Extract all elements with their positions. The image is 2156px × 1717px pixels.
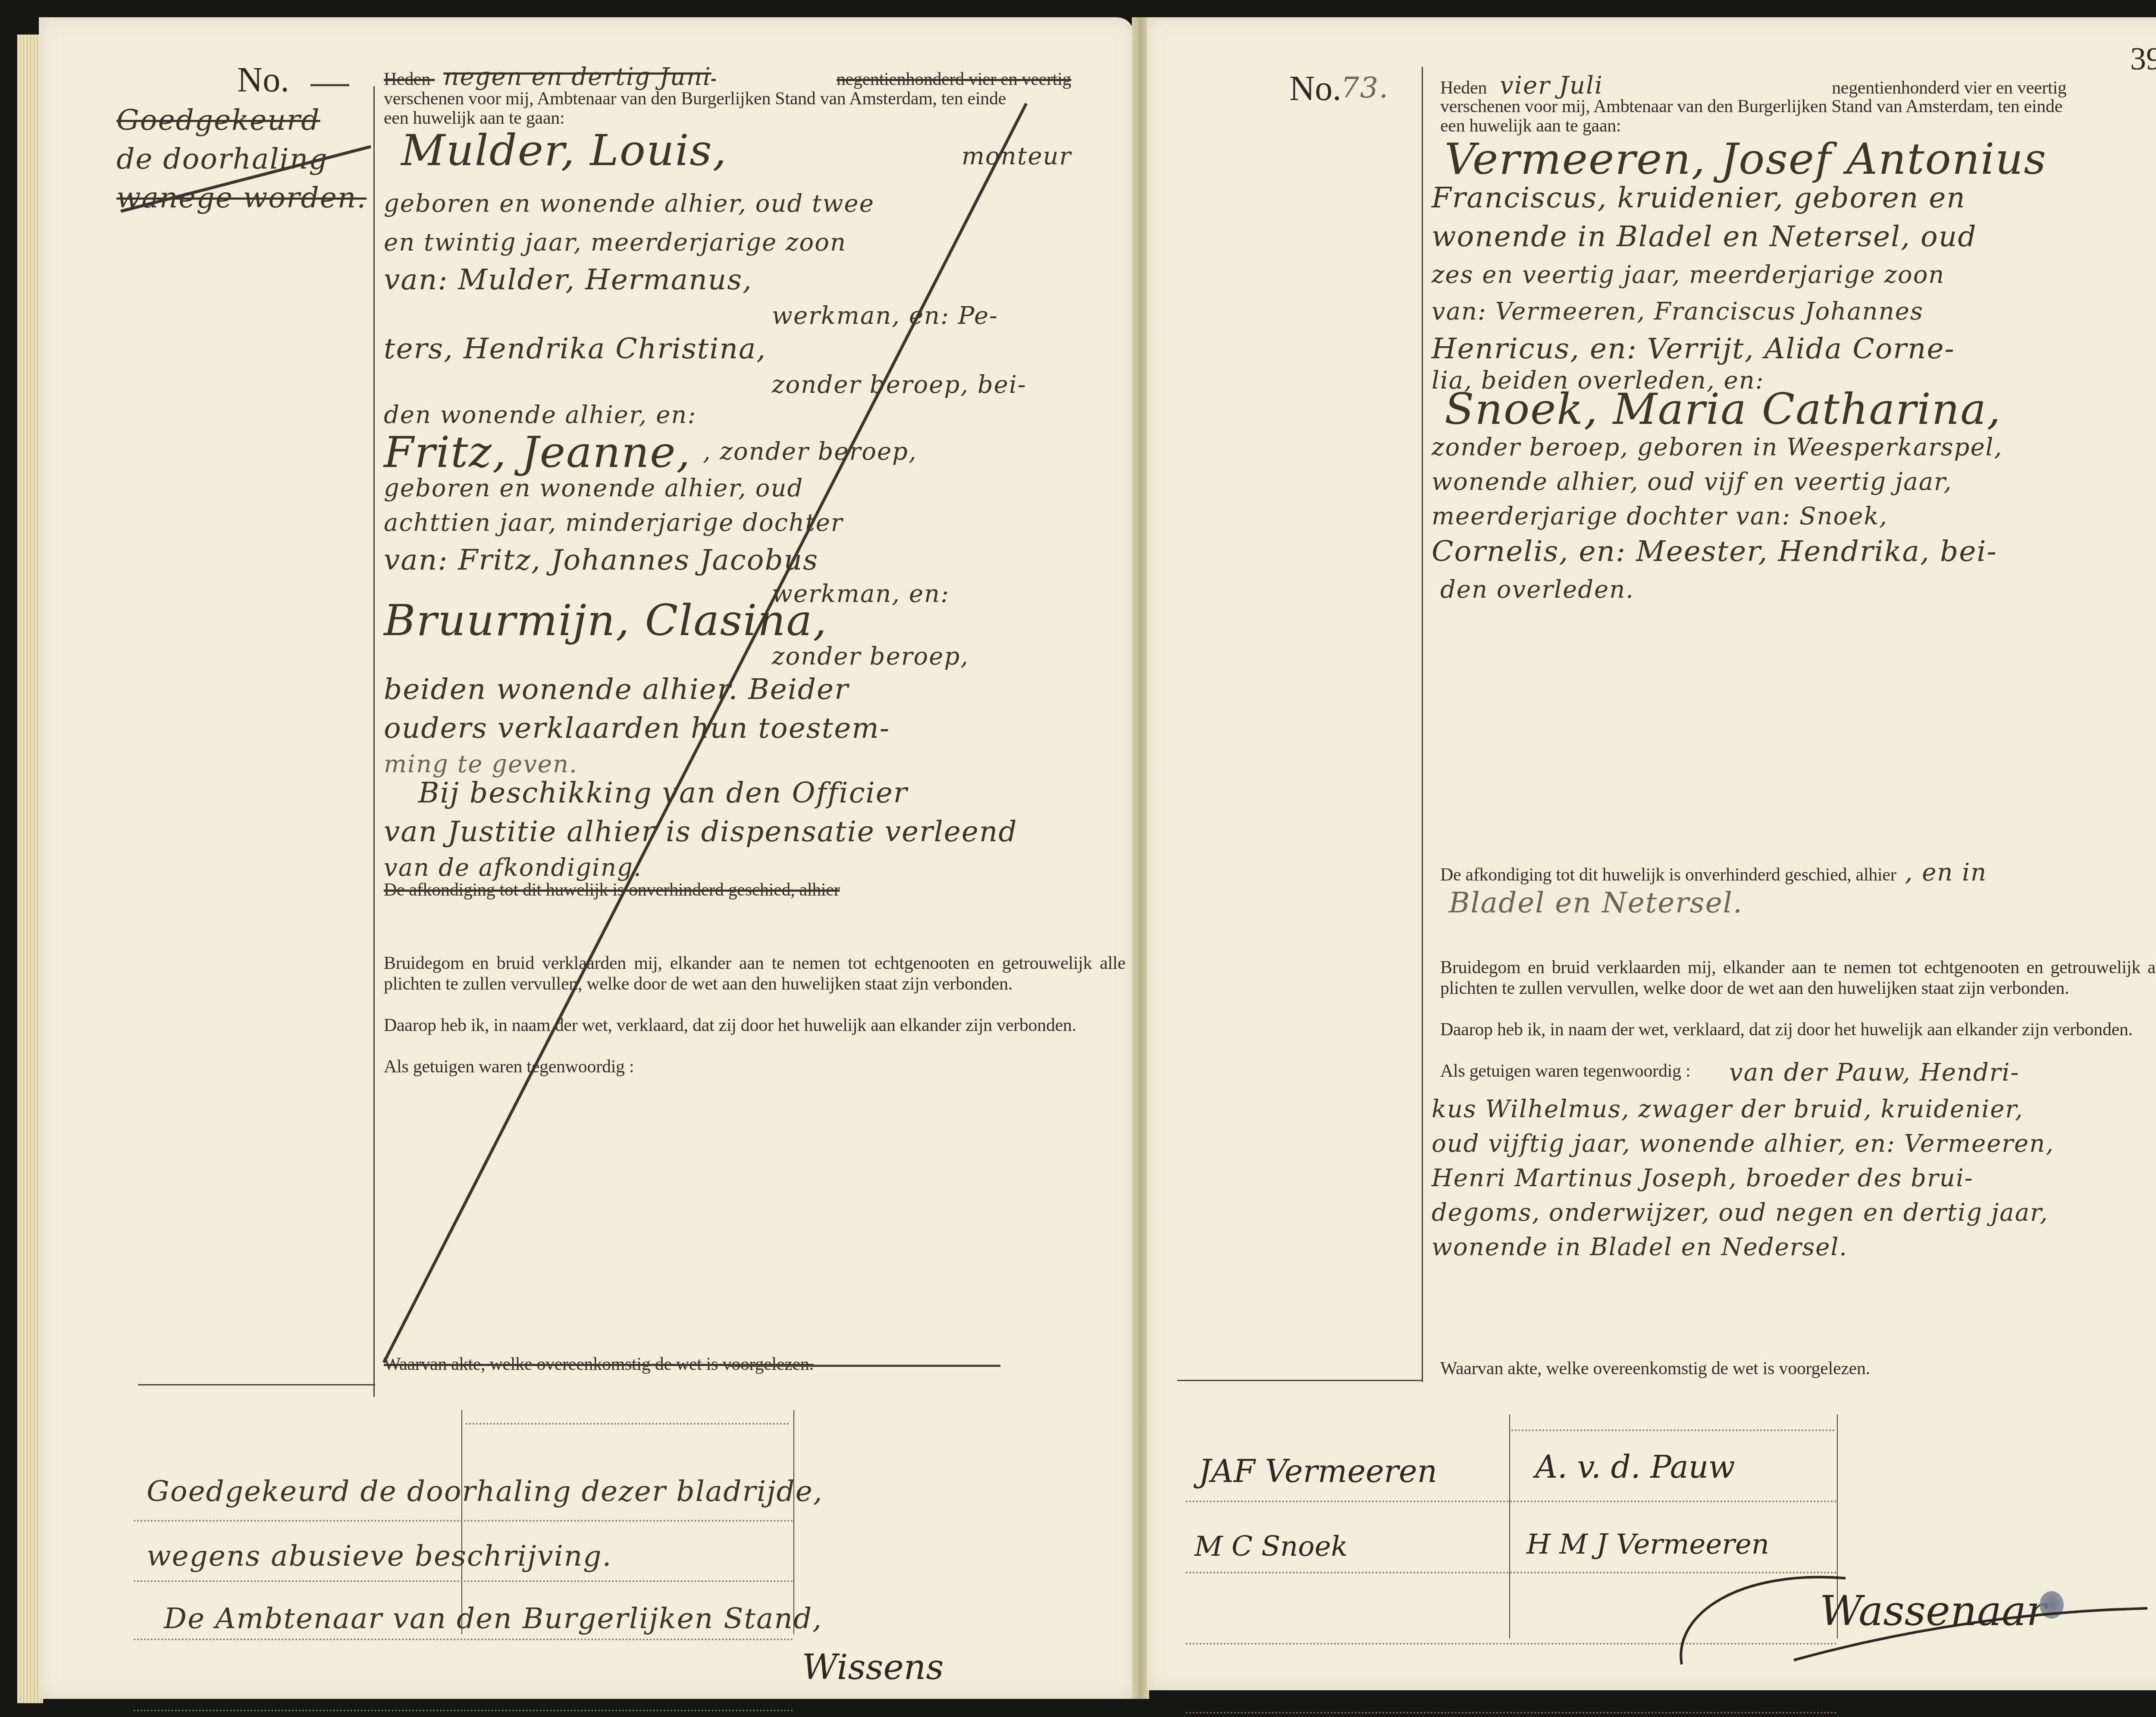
page-number: 39 [2130, 41, 2156, 78]
header-line-2: verschenen voor mij, Ambtenaar van den B… [1440, 96, 2062, 117]
witness-line: degoms, onderwijzer, oud negen en dertig… [1432, 1199, 2048, 1227]
margin-bottom-rule [1177, 1380, 1423, 1381]
signature-groom: JAF Vermeeren [1199, 1453, 1437, 1489]
book-gutter [1132, 17, 1149, 1699]
header-line-1: Heden vier Juli negentienhonderd vier en… [1440, 75, 2066, 98]
groom-line: Henricus, en: Verrijt, Alida Corne- [1432, 332, 1955, 365]
date-handwritten: negen en dertig Juni [443, 63, 711, 91]
witness-line: van der Pauw, Hendri- [1729, 1059, 2019, 1087]
cancellation-diagonal-line [379, 99, 1035, 1367]
right-page: 39 L No. 73. Heden vier Juli negentienho… [1147, 17, 2156, 1690]
declaration-text: Bruidegom en bruid verklaarden mij, elka… [1440, 957, 2156, 999]
date-handwritten: vier Juli [1500, 72, 1603, 100]
approval-note-line: Goedgekeurd de doorhaling dezer bladrijd… [147, 1475, 823, 1508]
witness-line: kus Wilhelmus, zwager der bruid, kruiden… [1432, 1095, 2024, 1123]
header-line-3: een huwelijk aan te gaan: [1440, 116, 1621, 136]
margin-strike-line [116, 142, 375, 220]
witness-line: Henri Martinus Joseph, broeder des brui- [1432, 1164, 1974, 1192]
header-line-1: Heden negen en dertig Juni negentienhond… [384, 67, 1071, 90]
signature-witness1: A. v. d. Pauw [1535, 1449, 1735, 1485]
groom-name: Vermeeren, Josef Antonius [1445, 134, 2047, 184]
sig-grid-dotline [1511, 1429, 1835, 1431]
sig-grid-col [1509, 1414, 1510, 1639]
bride-name: Snoek, Maria Catharina, [1445, 384, 2002, 434]
groom-line: van: Vermeeren, Franciscus Johannes [1432, 298, 1924, 326]
margin-rule [1422, 67, 1423, 1382]
afkondiging-place: Bladel en Netersel. [1449, 886, 1743, 919]
sig-grid-dotline [1186, 1712, 1837, 1714]
sig-grid-dotline [134, 1710, 793, 1711]
signature-witness2: H M J Vermeeren [1526, 1529, 1769, 1560]
witness-line: wonende in Bladel en Nedersel. [1432, 1233, 1848, 1261]
entry-number-value: 73. [1341, 71, 1389, 104]
afkondiging-text: De afkondiging tot dit huwelijk is onver… [1440, 862, 1987, 885]
sig-grid-dotline [466, 1423, 789, 1425]
afkondiging-printed: De afkondiging tot dit huwelijk is onver… [1440, 865, 1896, 885]
entry-number-label: No. [237, 60, 289, 99]
year-printed: negentienhonderd vier en veertig [837, 69, 1071, 89]
entry-number-dash [310, 84, 349, 86]
witness-line: oud vijftig jaar, wonende alhier, en: Ve… [1432, 1130, 2054, 1158]
year-printed: negentienhonderd vier en veertig [1832, 78, 2066, 98]
sig-grid-col [793, 1410, 794, 1634]
sig-grid-col [461, 1410, 462, 1634]
heden-label: Heden [1440, 78, 1487, 98]
margin-note-line: Goedgekeurd [116, 103, 320, 137]
getuigen-label: Als getuigen waren tegenwoordig : [1440, 1061, 1690, 1081]
margin-rule [373, 86, 375, 1397]
sig-grid-dotline [1186, 1501, 1837, 1502]
sig-grid-dotline [134, 1580, 793, 1582]
bride-line: wonende alhier, oud vijf en veertig jaar… [1432, 468, 1952, 496]
heden-label: Heden [384, 69, 430, 89]
bride-line: zonder beroep, geboren in Weesperkarspel… [1432, 433, 2002, 461]
groom-line: wonende in Bladel en Netersel, oud [1432, 220, 1977, 253]
bride-line: meerderjarige dochter van: Snoek, [1432, 502, 1888, 530]
bride-line: Cornelis, en: Meester, Hendrika, bei- [1432, 535, 1997, 568]
sig-grid-dotline [134, 1520, 793, 1522]
waarvan-text: Waarvan akte, welke overeenkomstig de we… [1440, 1358, 1870, 1379]
sig-grid-dotline [134, 1639, 793, 1640]
signature-bride: M C Snoek [1194, 1531, 1347, 1563]
official-signature-left: Wissens [802, 1647, 943, 1687]
groom-line: zes en veertig jaar, meerderjarige zoon [1432, 261, 1945, 289]
margin-bottom-rule [138, 1384, 375, 1385]
daarop-text: Daarop heb ik, in naam der wet, verklaar… [1440, 1019, 2156, 1040]
entry-number-label: No. [1289, 69, 1341, 108]
approval-note-line: wegens abusieve beschrijving. [147, 1539, 612, 1573]
approval-note-line: De Ambtenaar van den Burgerlijken Stand, [164, 1602, 822, 1635]
official-signature-flourish [1664, 1561, 2156, 1673]
bride-line: den overleden. [1440, 576, 1634, 604]
groom-line: Franciscus, kruidenier, geboren en [1432, 181, 1966, 214]
left-page: No. Goedgekeurd de doorhaling wanege wor… [39, 17, 1134, 1699]
afkondiging-handwritten: , en in [1905, 858, 1987, 887]
